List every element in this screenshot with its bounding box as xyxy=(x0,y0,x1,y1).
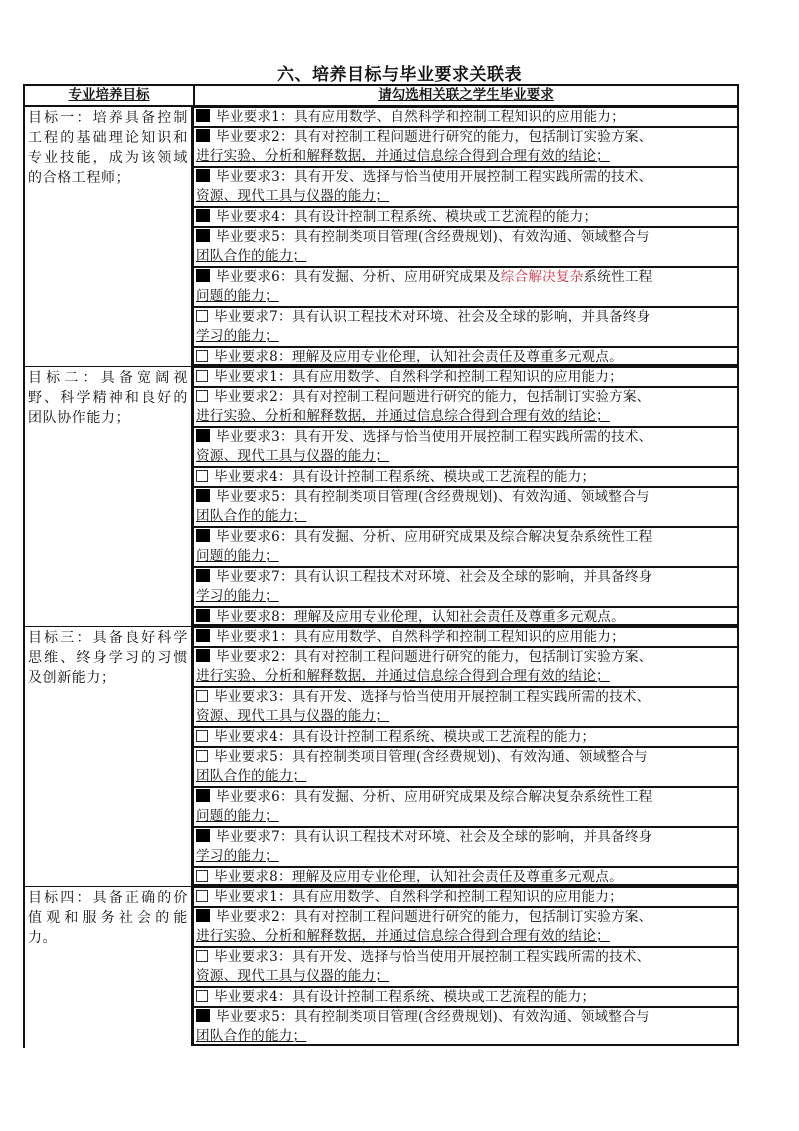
requirement-label: 毕业要求4： xyxy=(214,469,292,485)
requirement-row: 毕业要求6：具有发掘、分析、应用研究成果及综合解决复杂系统性工程问题的能力； xyxy=(193,526,739,566)
checked-checkbox-icon[interactable] xyxy=(196,1009,210,1022)
requirement-text-continued: 学习的能力； xyxy=(196,847,735,866)
requirement-text-continued: 学习的能力； xyxy=(196,327,735,346)
goal-group: 目标四：具备正确的价值观和服务社会的能力。毕业要求1：具有应用数学、自然科学和控… xyxy=(25,886,739,1046)
requirement-text: 具有设计控制工程系统、模块或工艺流程的能力； xyxy=(294,209,597,225)
unchecked-checkbox-icon[interactable] xyxy=(196,950,208,962)
requirement-row: 毕业要求4：具有设计控制工程系统、模块或工艺流程的能力； xyxy=(193,466,739,486)
unchecked-checkbox-icon[interactable] xyxy=(196,690,208,702)
checked-checkbox-icon[interactable] xyxy=(196,209,210,222)
requirement-line: 毕业要求4：具有设计控制工程系统、模块或工艺流程的能力； xyxy=(196,468,735,487)
requirement-line: 毕业要求6：具有发掘、分析、应用研究成果及综合解决复杂系统性工程 xyxy=(196,268,735,287)
requirement-row: 毕业要求4：具有设计控制工程系统、模块或工艺流程的能力； xyxy=(193,986,739,1006)
requirement-row: 毕业要求7：具有认识工程技术对环境、社会及全球的影响，并具备终身学习的能力； xyxy=(193,826,739,866)
goal-cell: 目标一：培养具备控制工程的基础理论知识和专业技能，成为该领域的合格工程师； xyxy=(25,106,193,366)
requirement-label: 毕业要求2： xyxy=(214,389,292,405)
requirement-label: 毕业要求6： xyxy=(216,269,294,285)
requirements-column: 毕业要求1：具有应用数学、自然科学和控制工程知识的应用能力；毕业要求2：具有对控… xyxy=(193,366,739,626)
requirement-text: 具有认识工程技术对环境、社会及全球的影响，并具备终身 xyxy=(294,569,653,585)
checked-checkbox-icon[interactable] xyxy=(196,609,210,622)
page-title: 六、培养目标与毕业要求关联表 xyxy=(0,60,799,85)
requirement-line: 毕业要求7：具有认识工程技术对环境、社会及全球的影响，并具备终身 xyxy=(196,308,735,327)
unchecked-checkbox-icon[interactable] xyxy=(196,750,208,762)
requirement-text: 具有对控制工程问题进行研究的能力，包括制订实验方案、 xyxy=(294,649,653,665)
requirement-row: 毕业要求2：具有对控制工程问题进行研究的能力，包括制订实验方案、进行实验、分析和… xyxy=(193,906,739,946)
requirement-text: 具有发掘、分析、应用研究成果及综合解决复杂系统性工程 xyxy=(294,789,653,805)
requirement-text: 理解及应用专业伦理，认知社会责任及尊重多元观点。 xyxy=(292,349,623,365)
requirement-row: 毕业要求2：具有对控制工程问题进行研究的能力，包括制订实验方案、进行实验、分析和… xyxy=(193,386,739,426)
unchecked-checkbox-icon[interactable] xyxy=(196,870,208,882)
requirement-line: 毕业要求1：具有应用数学、自然科学和控制工程知识的应用能力； xyxy=(196,108,735,127)
requirement-line: 毕业要求5：具有控制类项目管理(含经费规划)、有效沟通、领域整合与 xyxy=(196,1008,735,1027)
table-body: 目标一：培养具备控制工程的基础理论知识和专业技能，成为该领域的合格工程师；毕业要… xyxy=(25,106,739,1046)
requirement-text-continued: 进行实验、分析和解释数据，并通过信息综合得到合理有效的结论； xyxy=(196,927,735,946)
requirement-line: 毕业要求4：具有设计控制工程系统、模块或工艺流程的能力； xyxy=(196,988,735,1007)
requirement-line: 毕业要求4：具有设计控制工程系统、模块或工艺流程的能力； xyxy=(196,728,735,747)
requirement-line: 毕业要求8：理解及应用专业伦理，认知社会责任及尊重多元观点。 xyxy=(196,608,735,627)
checked-checkbox-icon[interactable] xyxy=(196,829,210,842)
requirement-label: 毕业要求7： xyxy=(216,569,294,585)
requirement-text: 具有控制类项目管理(含经费规划)、有效沟通、领域整合与 xyxy=(294,489,650,505)
requirement-text: 具有发掘、分析、应用研究成果及综合解决复杂系统性工程 xyxy=(294,529,653,545)
goal-cell: 目标二：具备宽阔视野、科学精神和良好的团队协作能力； xyxy=(25,366,193,626)
requirement-text-continued: 问题的能力； xyxy=(196,547,735,566)
checked-checkbox-icon[interactable] xyxy=(196,569,210,582)
requirement-line: 毕业要求7：具有认识工程技术对环境、社会及全球的影响，并具备终身 xyxy=(196,828,735,847)
requirement-label: 毕业要求8： xyxy=(214,349,292,365)
requirement-text: 具有开发、选择与恰当使用开展控制工程实践所需的技术、 xyxy=(294,429,653,445)
requirement-row: 毕业要求1：具有应用数学、自然科学和控制工程知识的应用能力； xyxy=(193,626,739,646)
requirement-row: 毕业要求4：具有设计控制工程系统、模块或工艺流程的能力； xyxy=(193,726,739,746)
requirement-text-continued: 资源、现代工具与仪器的能力； xyxy=(196,707,735,726)
requirement-line: 毕业要求5：具有控制类项目管理(含经费规划)、有效沟通、领域整合与 xyxy=(196,748,735,767)
requirement-line: 毕业要求3：具有开发、选择与恰当使用开展控制工程实践所需的技术、 xyxy=(196,948,735,967)
requirement-line: 毕业要求1：具有应用数学、自然科学和控制工程知识的应用能力； xyxy=(196,888,735,907)
requirement-text: 具有设计控制工程系统、模块或工艺流程的能力； xyxy=(292,469,595,485)
requirement-row: 毕业要求3：具有开发、选择与恰当使用开展控制工程实践所需的技术、资源、现代工具与… xyxy=(193,686,739,726)
requirement-text-continued: 问题的能力； xyxy=(196,287,735,306)
checked-checkbox-icon[interactable] xyxy=(196,529,210,542)
requirement-label: 毕业要求2： xyxy=(216,909,294,925)
requirement-text: 具有认识工程技术对环境、社会及全球的影响，并具备终身 xyxy=(292,309,651,325)
header-requirements: 请勾选相关联之学生毕业要求 xyxy=(195,86,737,105)
highlighted-text: 综合解决复杂 xyxy=(501,269,584,285)
checked-checkbox-icon[interactable] xyxy=(196,269,210,282)
requirement-line: 毕业要求2：具有对控制工程问题进行研究的能力，包括制订实验方案、 xyxy=(196,388,735,407)
requirement-text-continued: 学习的能力； xyxy=(196,587,735,606)
requirement-label: 毕业要求1： xyxy=(214,369,292,385)
requirement-label: 毕业要求6： xyxy=(216,529,294,545)
goal-group: 目标二：具备宽阔视野、科学精神和良好的团队协作能力；毕业要求1：具有应用数学、自… xyxy=(25,366,739,626)
requirements-column: 毕业要求1：具有应用数学、自然科学和控制工程知识的应用能力；毕业要求2：具有对控… xyxy=(193,106,739,366)
requirement-line: 毕业要求5：具有控制类项目管理(含经费规划)、有效沟通、领域整合与 xyxy=(196,228,735,247)
requirement-row: 毕业要求2：具有对控制工程问题进行研究的能力，包括制订实验方案、进行实验、分析和… xyxy=(193,646,739,686)
requirement-line: 毕业要求2：具有对控制工程问题进行研究的能力，包括制订实验方案、 xyxy=(196,128,735,147)
requirement-label: 毕业要求2： xyxy=(216,649,294,665)
requirement-text: 系统性工程 xyxy=(584,269,653,285)
requirement-row: 毕业要求2：具有对控制工程问题进行研究的能力，包括制订实验方案、进行实验、分析和… xyxy=(193,126,739,166)
requirement-label: 毕业要求1： xyxy=(216,629,294,645)
checked-checkbox-icon[interactable] xyxy=(196,129,210,142)
requirement-line: 毕业要求2：具有对控制工程问题进行研究的能力，包括制订实验方案、 xyxy=(196,648,735,667)
checked-checkbox-icon[interactable] xyxy=(196,429,210,442)
goal-cell: 目标四：具备正确的价值观和服务社会的能力。 xyxy=(25,886,193,1046)
requirement-row: 毕业要求5：具有控制类项目管理(含经费规划)、有效沟通、领域整合与团队合作的能力… xyxy=(193,1006,739,1046)
requirement-text-continued: 资源、现代工具与仪器的能力； xyxy=(196,447,735,466)
requirement-line: 毕业要求3：具有开发、选择与恰当使用开展控制工程实践所需的技术、 xyxy=(196,168,735,187)
requirement-row: 毕业要求7：具有认识工程技术对环境、社会及全球的影响，并具备终身学习的能力； xyxy=(193,566,739,606)
goal-group: 目标一：培养具备控制工程的基础理论知识和专业技能，成为该领域的合格工程师；毕业要… xyxy=(25,106,739,366)
requirement-row: 毕业要求6：具有发掘、分析、应用研究成果及综合解决复杂系统性工程问题的能力； xyxy=(193,266,739,306)
requirement-text: 具有开发、选择与恰当使用开展控制工程实践所需的技术、 xyxy=(294,169,653,185)
requirement-text-continued: 进行实验、分析和解释数据，并通过信息综合得到合理有效的结论； xyxy=(196,407,735,426)
requirement-label: 毕业要求8： xyxy=(216,609,294,625)
requirement-row: 毕业要求4：具有设计控制工程系统、模块或工艺流程的能力； xyxy=(193,206,739,226)
requirement-text: 具有对控制工程问题进行研究的能力，包括制订实验方案、 xyxy=(294,129,653,145)
requirement-label: 毕业要求7： xyxy=(214,309,292,325)
requirement-row: 毕业要求3：具有开发、选择与恰当使用开展控制工程实践所需的技术、资源、现代工具与… xyxy=(193,946,739,986)
requirement-row: 毕业要求5：具有控制类项目管理(含经费规划)、有效沟通、领域整合与团队合作的能力… xyxy=(193,746,739,786)
requirement-line: 毕业要求1：具有应用数学、自然科学和控制工程知识的应用能力； xyxy=(196,368,735,387)
unchecked-checkbox-icon[interactable] xyxy=(196,390,208,402)
goal-cell: 目标三：具备良好科学思维、终身学习的习惯及创新能力； xyxy=(25,626,193,886)
unchecked-checkbox-icon[interactable] xyxy=(196,890,208,902)
requirement-text: 具有应用数学、自然科学和控制工程知识的应用能力； xyxy=(292,369,623,385)
requirement-label: 毕业要求4： xyxy=(216,209,294,225)
requirement-line: 毕业要求8：理解及应用专业伦理，认知社会责任及尊重多元观点。 xyxy=(196,348,735,367)
requirement-label: 毕业要求3： xyxy=(214,689,292,705)
requirement-label: 毕业要求7： xyxy=(216,829,294,845)
requirement-label: 毕业要求4： xyxy=(214,989,292,1005)
requirement-row: 毕业要求7：具有认识工程技术对环境、社会及全球的影响，并具备终身学习的能力； xyxy=(193,306,739,346)
requirement-row: 毕业要求5：具有控制类项目管理(含经费规划)、有效沟通、领域整合与团队合作的能力… xyxy=(193,226,739,266)
requirement-label: 毕业要求3： xyxy=(216,169,294,185)
requirement-label: 毕业要求1： xyxy=(216,109,294,125)
unchecked-checkbox-icon[interactable] xyxy=(196,350,208,362)
requirement-label: 毕业要求5： xyxy=(214,749,292,765)
requirement-row: 毕业要求6：具有发掘、分析、应用研究成果及综合解决复杂系统性工程问题的能力； xyxy=(193,786,739,826)
goal-group: 目标三：具备良好科学思维、终身学习的习惯及创新能力；毕业要求1：具有应用数学、自… xyxy=(25,626,739,886)
requirement-label: 毕业要求2： xyxy=(216,129,294,145)
requirement-label: 毕业要求5： xyxy=(216,489,294,505)
requirement-label: 毕业要求4： xyxy=(214,729,292,745)
requirement-label: 毕业要求1： xyxy=(214,889,292,905)
requirement-text: 具有应用数学、自然科学和控制工程知识的应用能力； xyxy=(294,109,625,125)
checked-checkbox-icon[interactable] xyxy=(196,629,210,642)
checked-checkbox-icon[interactable] xyxy=(196,109,210,122)
requirement-text-continued: 进行实验、分析和解释数据，并通过信息综合得到合理有效的结论； xyxy=(196,667,735,686)
unchecked-checkbox-icon[interactable] xyxy=(196,990,208,1002)
requirement-row: 毕业要求3：具有开发、选择与恰当使用开展控制工程实践所需的技术、资源、现代工具与… xyxy=(193,166,739,206)
requirement-text-continued: 进行实验、分析和解释数据，并通过信息综合得到合理有效的结论； xyxy=(196,147,735,166)
checked-checkbox-icon[interactable] xyxy=(196,649,210,662)
requirement-label: 毕业要求3： xyxy=(214,949,292,965)
table-left-border xyxy=(23,1046,25,1048)
unchecked-checkbox-icon[interactable] xyxy=(196,370,208,382)
requirements-column: 毕业要求1：具有应用数学、自然科学和控制工程知识的应用能力；毕业要求2：具有对控… xyxy=(193,886,739,1046)
requirement-text: 具有对控制工程问题进行研究的能力，包括制订实验方案、 xyxy=(292,389,651,405)
requirement-text: 具有应用数学、自然科学和控制工程知识的应用能力； xyxy=(294,629,625,645)
requirement-line: 毕业要求7：具有认识工程技术对环境、社会及全球的影响，并具备终身 xyxy=(196,568,735,587)
requirement-text: 具有认识工程技术对环境、社会及全球的影响，并具备终身 xyxy=(294,829,653,845)
requirement-line: 毕业要求8：理解及应用专业伦理，认知社会责任及尊重多元观点。 xyxy=(196,868,735,887)
requirement-row: 毕业要求8：理解及应用专业伦理，认知社会责任及尊重多元观点。 xyxy=(193,606,739,626)
requirement-text-continued: 团队合作的能力； xyxy=(196,247,735,266)
requirement-text: 具有开发、选择与恰当使用开展控制工程实践所需的技术、 xyxy=(292,949,651,965)
requirement-text-continued: 问题的能力； xyxy=(196,807,735,826)
checked-checkbox-icon[interactable] xyxy=(196,909,210,922)
requirement-label: 毕业要求5： xyxy=(216,229,294,245)
requirement-line: 毕业要求5：具有控制类项目管理(含经费规划)、有效沟通、领域整合与 xyxy=(196,488,735,507)
requirement-text: 具有控制类项目管理(含经费规划)、有效沟通、领域整合与 xyxy=(292,749,648,765)
unchecked-checkbox-icon[interactable] xyxy=(196,310,208,322)
requirement-line: 毕业要求4：具有设计控制工程系统、模块或工艺流程的能力； xyxy=(196,208,735,227)
requirement-line: 毕业要求2：具有对控制工程问题进行研究的能力，包括制订实验方案、 xyxy=(196,908,735,927)
requirement-text: 理解及应用专业伦理，认知社会责任及尊重多元观点。 xyxy=(292,869,623,885)
requirement-row: 毕业要求1：具有应用数学、自然科学和控制工程知识的应用能力； xyxy=(193,886,739,906)
requirement-text-continued: 团队合作的能力； xyxy=(196,1027,735,1046)
checked-checkbox-icon[interactable] xyxy=(196,229,210,242)
requirement-text-continued: 团队合作的能力； xyxy=(196,507,735,526)
requirement-text: 具有对控制工程问题进行研究的能力，包括制订实验方案、 xyxy=(294,909,653,925)
requirement-text-continued: 资源、现代工具与仪器的能力； xyxy=(196,967,735,986)
requirement-label: 毕业要求5： xyxy=(216,1009,294,1025)
requirement-label: 毕业要求3： xyxy=(216,429,294,445)
unchecked-checkbox-icon[interactable] xyxy=(196,470,208,482)
requirement-line: 毕业要求1：具有应用数学、自然科学和控制工程知识的应用能力； xyxy=(196,628,735,647)
requirement-line: 毕业要求6：具有发掘、分析、应用研究成果及综合解决复杂系统性工程 xyxy=(196,788,735,807)
table-header: 专业培养目标 请勾选相关联之学生毕业要求 xyxy=(25,84,739,106)
requirement-row: 毕业要求1：具有应用数学、自然科学和控制工程知识的应用能力； xyxy=(193,106,739,126)
requirement-text: 具有控制类项目管理(含经费规划)、有效沟通、领域整合与 xyxy=(294,1009,650,1025)
requirement-row: 毕业要求3：具有开发、选择与恰当使用开展控制工程实践所需的技术、资源、现代工具与… xyxy=(193,426,739,466)
checked-checkbox-icon[interactable] xyxy=(196,169,210,182)
requirement-label: 毕业要求8： xyxy=(214,869,292,885)
checked-checkbox-icon[interactable] xyxy=(196,789,210,802)
requirement-text: 理解及应用专业伦理，认知社会责任及尊重多元观点。 xyxy=(294,609,625,625)
requirement-row: 毕业要求8：理解及应用专业伦理，认知社会责任及尊重多元观点。 xyxy=(193,866,739,886)
requirement-line: 毕业要求6：具有发掘、分析、应用研究成果及综合解决复杂系统性工程 xyxy=(196,528,735,547)
requirement-text: 具有应用数学、自然科学和控制工程知识的应用能力； xyxy=(292,889,623,905)
requirement-text: 具有发掘、分析、应用研究成果及 xyxy=(294,269,501,285)
requirement-row: 毕业要求5：具有控制类项目管理(含经费规划)、有效沟通、领域整合与团队合作的能力… xyxy=(193,486,739,526)
requirement-text-continued: 团队合作的能力； xyxy=(196,767,735,786)
requirement-label: 毕业要求6： xyxy=(216,789,294,805)
requirement-row: 毕业要求8：理解及应用专业伦理，认知社会责任及尊重多元观点。 xyxy=(193,346,739,366)
requirement-text: 具有设计控制工程系统、模块或工艺流程的能力； xyxy=(292,729,595,745)
requirement-text-continued: 资源、现代工具与仪器的能力； xyxy=(196,187,735,206)
unchecked-checkbox-icon[interactable] xyxy=(196,730,208,742)
requirement-line: 毕业要求3：具有开发、选择与恰当使用开展控制工程实践所需的技术、 xyxy=(196,428,735,447)
requirement-text: 具有开发、选择与恰当使用开展控制工程实践所需的技术、 xyxy=(292,689,651,705)
goal-requirement-table: 专业培养目标 请勾选相关联之学生毕业要求 目标一：培养具备控制工程的基础理论知识… xyxy=(23,84,739,1046)
requirement-line: 毕业要求3：具有开发、选择与恰当使用开展控制工程实践所需的技术、 xyxy=(196,688,735,707)
checked-checkbox-icon[interactable] xyxy=(196,489,210,502)
header-goal: 专业培养目标 xyxy=(25,86,195,105)
requirements-column: 毕业要求1：具有应用数学、自然科学和控制工程知识的应用能力；毕业要求2：具有对控… xyxy=(193,626,739,886)
requirement-text: 具有设计控制工程系统、模块或工艺流程的能力； xyxy=(292,989,595,1005)
requirement-text: 具有控制类项目管理(含经费规划)、有效沟通、领域整合与 xyxy=(294,229,650,245)
requirement-row: 毕业要求1：具有应用数学、自然科学和控制工程知识的应用能力； xyxy=(193,366,739,386)
